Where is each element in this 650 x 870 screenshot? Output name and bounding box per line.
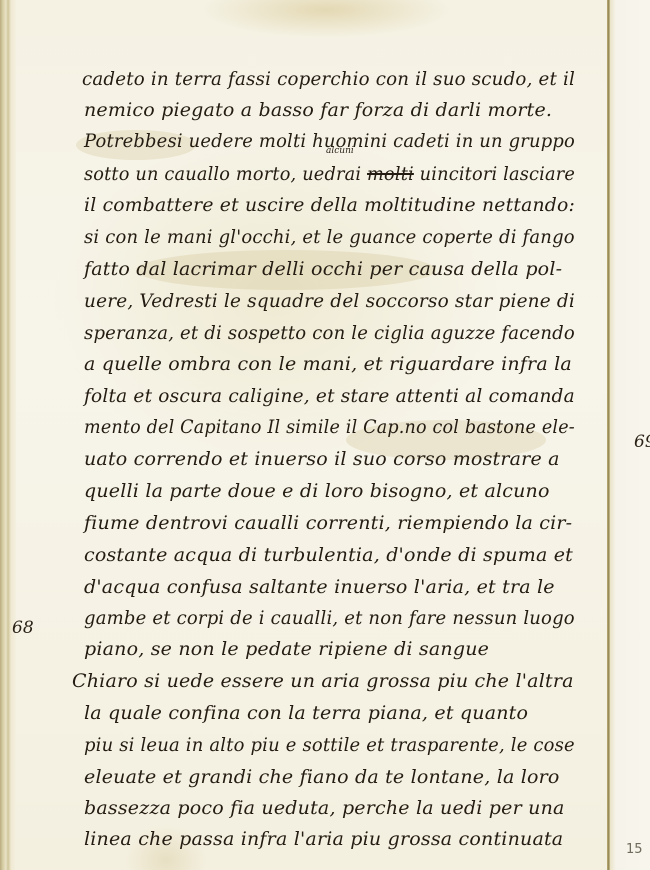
folio-number: 15 [626,842,643,857]
text-line-14: quelli la parte doue e di loro bisogno, … [84,480,550,502]
manuscript-scan: cadeto in terra fassi coperchio con il s… [0,0,650,870]
text-line-9: speranza, et di sospetto con le ciglia a… [84,322,575,344]
line-4-part-b: uincitori lasciare [414,163,575,185]
line-4-part-a: sotto un cauallo morto, uedrai [84,163,367,185]
text-line-17: d'acqua confusa saltante inuerso l'aria,… [84,576,555,598]
text-line-1: cadeto in terra fassi coperchio con il s… [82,68,575,90]
text-line-18: gambe et corpi de i caualli, et non fare… [84,607,575,629]
text-line-4: sotto un cauallo morto, uedrai molti uin… [84,163,575,185]
text-line-15: fiume dentrovi caualli correnti, riempie… [84,512,572,534]
text-line-19: piano, se non le pedate ripiene di sangu… [84,638,489,660]
text-line-16: costante acqua di turbulentia, d'onde di… [84,544,573,566]
text-line-21: la quale confina con la terra piana, et … [84,702,528,724]
text-line-5: il combattere et uscire della moltitudin… [84,194,575,216]
text-line-13: uato correndo et inuerso il suo corso mo… [84,448,560,470]
text-line-2: nemico piegato a basso far forza di darl… [84,99,552,121]
text-line-20: Chiaro si uede essere un aria grossa piu… [72,670,574,692]
struck-word: molti [367,163,414,185]
text-line-6: si con le mani gl'occhi, et le guance co… [84,226,575,248]
left-margin-note: 68 [12,618,34,638]
text-line-25: linea che passa infra l'aria piu grossa … [84,828,563,850]
text-line-10: a quelle ombra con le mani, et riguardar… [84,353,572,375]
text-line-23: eleuate et grandi che fiano da te lontan… [84,766,560,788]
right-margin-note: 69 [634,432,650,452]
text-line-24: bassezza poco fia ueduta, perche la uedi… [84,797,565,819]
binding-edge [0,0,16,870]
interlinear-insertion: alcuni [326,146,354,156]
text-line-11: folta et oscura caligine, et stare atten… [84,385,575,407]
text-line-22: piu si leua in alto piu e sottile et tra… [84,734,575,756]
text-line-12: mento del Capitano Il simile il Cap.no c… [84,416,575,438]
text-line-7: fatto dal lacrimar delli occhi per causa… [84,258,562,280]
text-line-8: uere, Vedresti le squadre del soccorso s… [84,290,575,312]
